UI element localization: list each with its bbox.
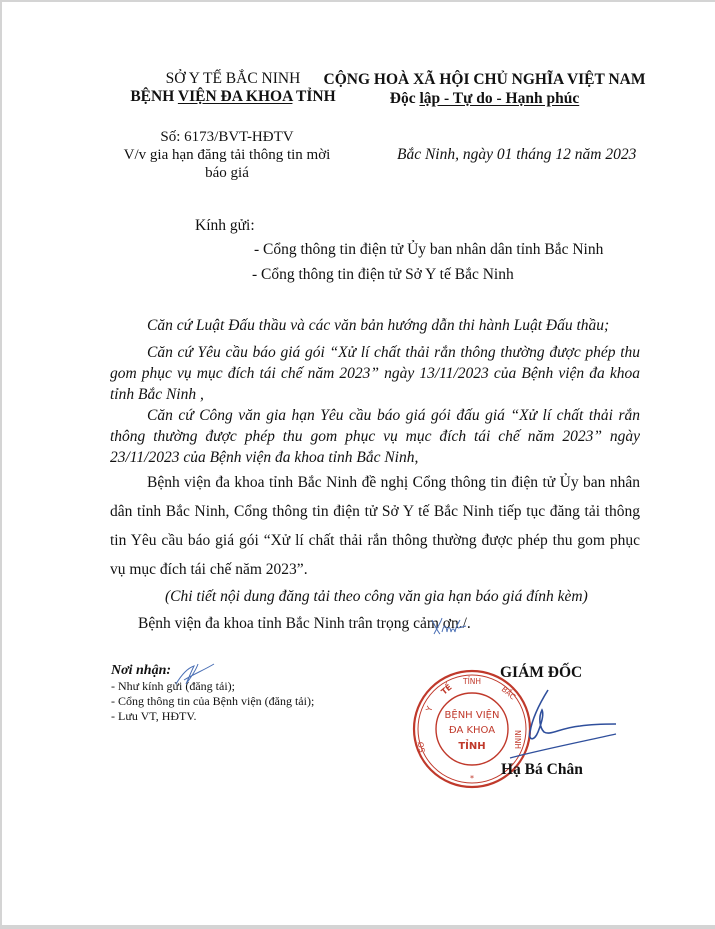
initials-scribble-icon — [172, 660, 216, 688]
recipient-label: Kính gửi: — [195, 217, 255, 235]
nation-title: CỘNG HOÀ XÃ HỘI CHỦ NGHĨA VIỆT NAM — [317, 70, 652, 89]
legal-basis-1: Căn cứ Luật Đấu thầu và các văn bản hướn… — [110, 315, 640, 336]
legal-basis-2: Căn cứ Yêu cầu báo giá gói “Xử lí chất t… — [110, 342, 640, 405]
receiver-item: - Lưu VT, HĐTV. — [111, 709, 314, 724]
document-subject-line1: V/v gia hạn đăng tải thông tin mời — [102, 146, 352, 164]
document-subject-line2: báo giá — [102, 164, 352, 182]
initials-signature-icon — [430, 614, 470, 640]
document-number: Số: 6173/BVT-HĐTV — [102, 128, 352, 146]
receiver-item: - Cổng thông tin của Bệnh viện (đăng tải… — [111, 694, 314, 709]
attachment-note: (Chi tiết nội dung đăng tải theo công vă… — [165, 588, 588, 606]
svg-text:SỞ: SỞ — [415, 740, 427, 753]
thanks-line: Bệnh viện đa khoa tỉnh Bắc Ninh trân trọ… — [138, 615, 471, 633]
document-page: SỞ Y TẾ BẮC NINH BỆNH VIỆN ĐA KHOA TỈNH … — [2, 2, 715, 925]
svg-text:Y: Y — [424, 705, 435, 714]
director-signature-icon — [480, 688, 620, 760]
document-number-block: Số: 6173/BVT-HĐTV V/v gia hạn đăng tải t… — [102, 128, 352, 182]
recipient-item: - Cổng thông tin điện tử Ủy ban nhân dân… — [254, 241, 603, 259]
signer-title: GIÁM ĐỐC — [500, 664, 582, 682]
signer-name: Hạ Bá Chân — [501, 761, 583, 779]
svg-text:TỈNH: TỈNH — [462, 677, 481, 686]
issue-date: Bắc Ninh, ngày 01 tháng 12 năm 2023 — [397, 146, 636, 164]
legal-basis-3: Căn cứ Công văn gia hạn Yêu cầu báo giá … — [110, 405, 640, 468]
request-paragraph: Bệnh viện đa khoa tỉnh Bắc Ninh đề nghị … — [110, 468, 640, 584]
recipient-item: - Cổng thông tin điện tử Sở Y tế Bắc Nin… — [252, 266, 514, 284]
national-header: CỘNG HOÀ XÃ HỘI CHỦ NGHĨA VIỆT NAM Độc l… — [317, 70, 652, 108]
national-motto: Độc lập - Tự do - Hạnh phúc — [317, 89, 652, 108]
svg-text:TẾ: TẾ — [438, 680, 454, 697]
svg-text:*: * — [470, 774, 474, 783]
